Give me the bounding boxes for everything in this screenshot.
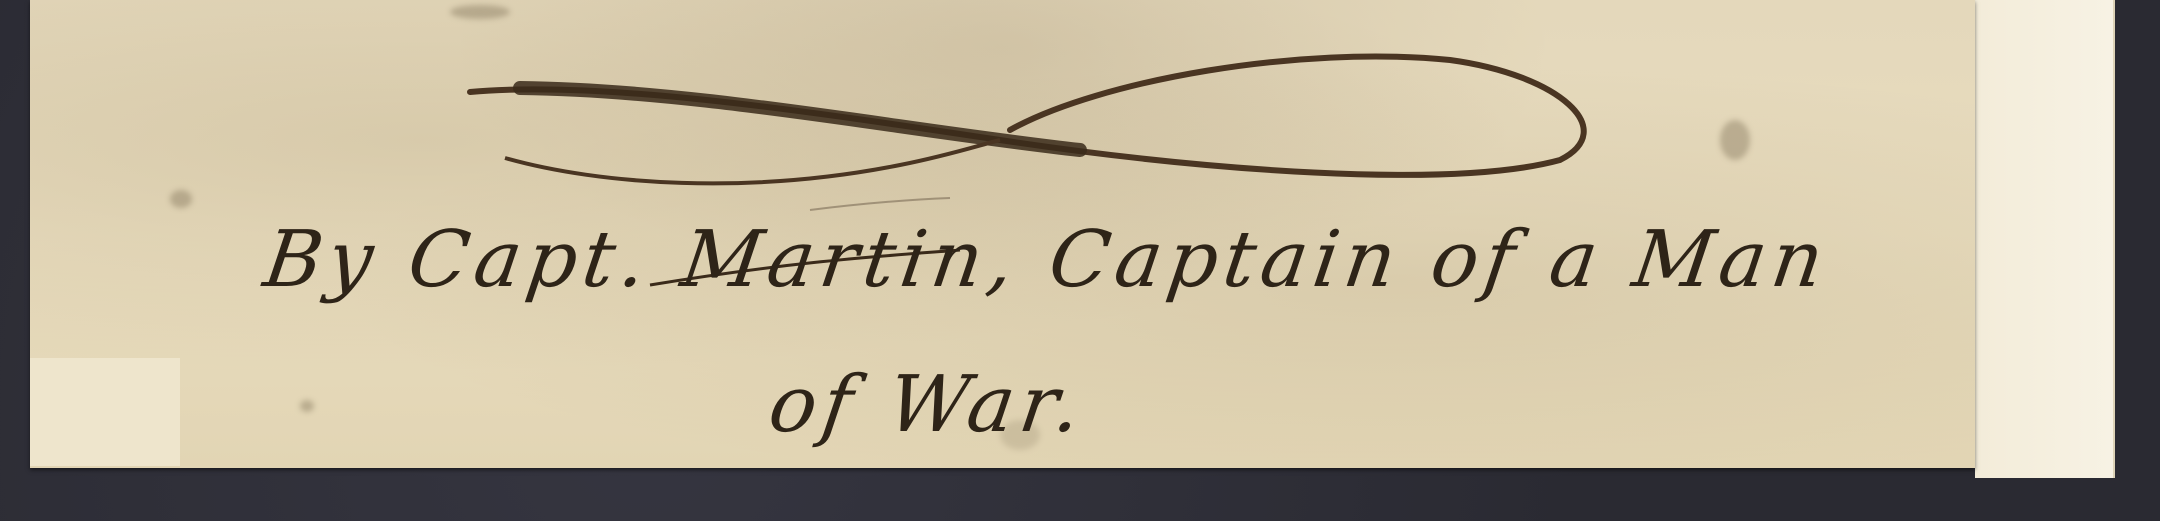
stain xyxy=(450,5,510,19)
stain xyxy=(1720,120,1750,160)
stain xyxy=(170,190,192,208)
handwritten-line-2: of War. xyxy=(764,360,1093,450)
paper-patch xyxy=(30,358,180,466)
paper-strip-right xyxy=(1975,0,2115,478)
stain xyxy=(300,400,314,412)
handwritten-line-1: By Capt. Martin, Captain of a Man xyxy=(259,215,1835,305)
